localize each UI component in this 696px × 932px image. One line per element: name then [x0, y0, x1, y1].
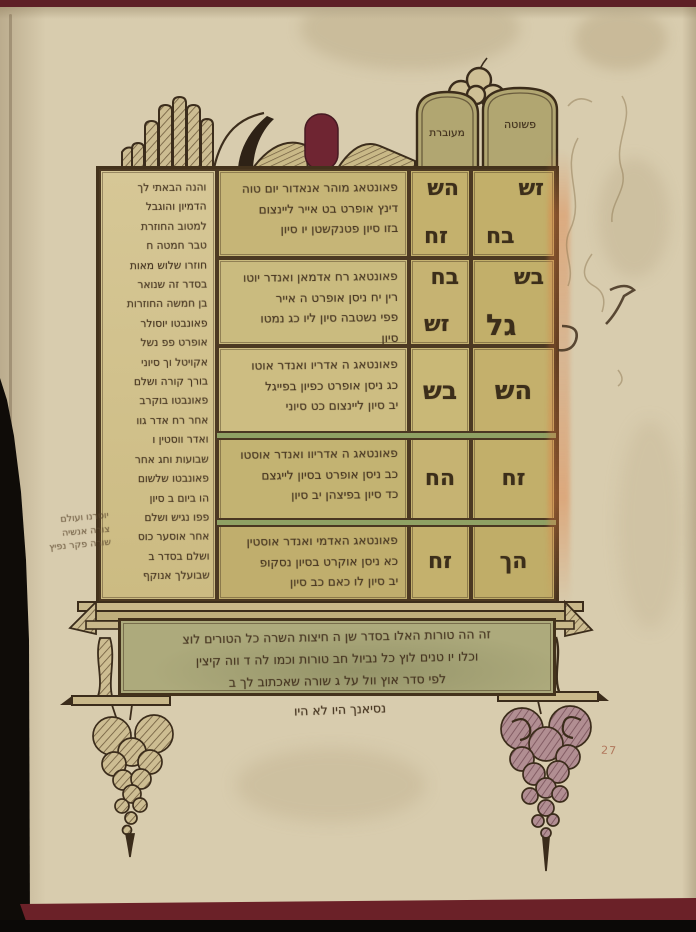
bottom-cover-band [20, 898, 696, 921]
top-cover-band [0, 0, 696, 7]
left-black-wedge [0, 378, 30, 932]
book-binding-edges [0, 0, 696, 932]
bottom-black-band [0, 920, 696, 932]
manuscript-page: מעוברת פשוטה והנה הבאתי לך הדמיון והוגבל… [0, 0, 696, 932]
